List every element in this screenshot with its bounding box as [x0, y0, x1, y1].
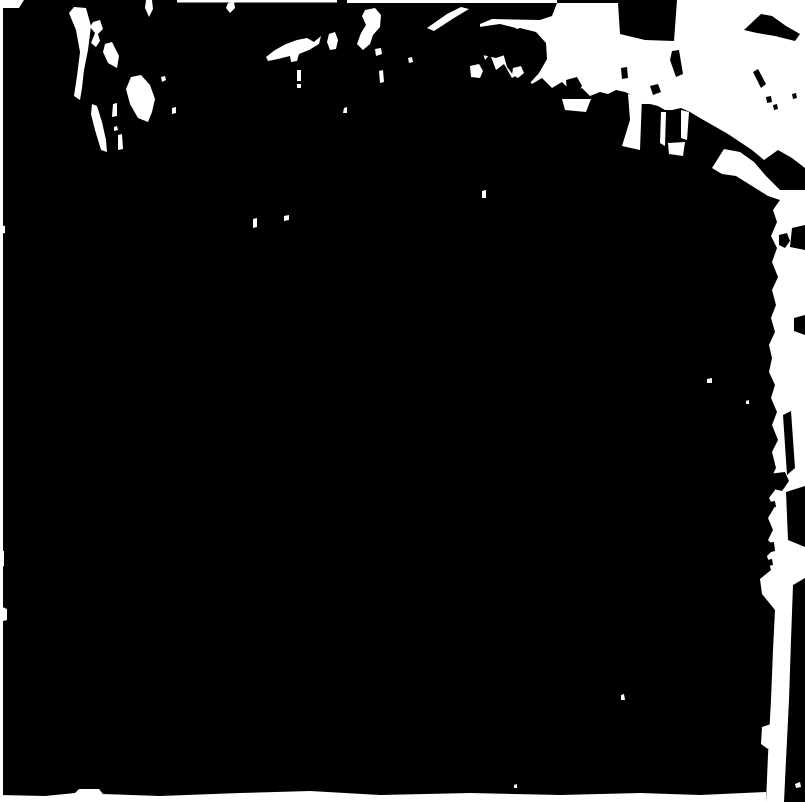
exclamation-dash	[297, 70, 301, 81]
top-edge-line-1	[177, 0, 337, 3]
mass-tongue	[562, 99, 591, 112]
mass-bay	[668, 142, 685, 156]
binary-mask-svg	[0, 0, 805, 802]
top-edge-line-2	[347, 0, 557, 3]
left-border-notch-1	[0, 225, 5, 234]
binary-mask-image	[0, 0, 805, 802]
hole-dot-3	[766, 96, 772, 103]
hole-dot-2	[643, 107, 650, 114]
left-border-notch-2	[0, 549, 4, 568]
mid-dash-4	[482, 190, 486, 198]
mid-dash-1	[253, 218, 257, 228]
exclamation-dot	[297, 84, 301, 88]
mass-tooth-2	[660, 112, 666, 146]
hole-dash-small	[621, 67, 628, 79]
left-speck-5	[172, 107, 176, 114]
strip-hole-dot-3	[767, 559, 773, 566]
mid-dot-1	[284, 215, 289, 221]
strip-hole-dot-1	[769, 501, 776, 508]
